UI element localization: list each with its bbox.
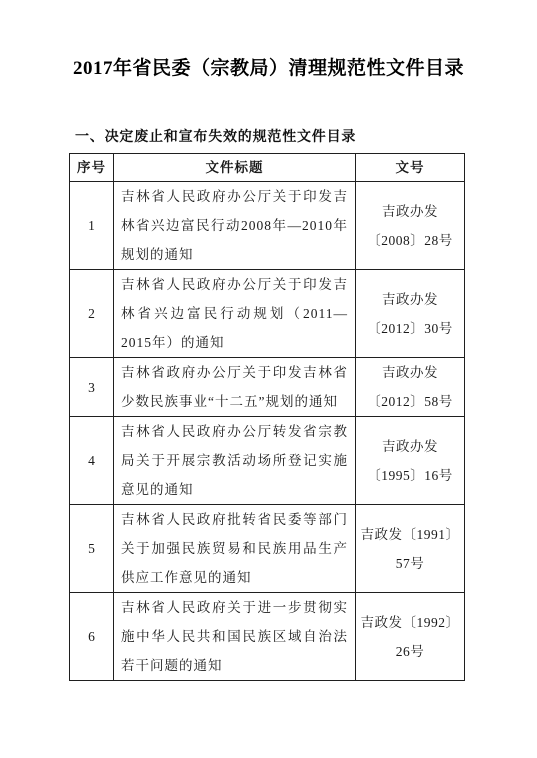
doc-number-line: 吉政办发 — [360, 358, 460, 387]
doc-number-line: 26号 — [360, 637, 460, 666]
doc-title-cell: 吉林省人民政府办公厅转发省宗教局关于开展宗教活动场所登记实施意见的通知 — [114, 417, 356, 505]
doc-title-cell: 吉林省人民政府办公厅关于印发吉林省兴边富民行动规划（2011—2015年）的通知 — [114, 270, 356, 358]
row-serial: 3 — [70, 358, 114, 417]
table-row: 2 吉林省人民政府办公厅关于印发吉林省兴边富民行动规划（2011—2015年）的… — [70, 270, 465, 358]
doc-number-cell: 吉政办发 〔1995〕16号 — [356, 417, 465, 505]
header-cell-docno: 文号 — [356, 154, 465, 182]
doc-number-cell: 吉政办发 〔2012〕30号 — [356, 270, 465, 358]
section-heading: 一、决定废止和宣布失效的规范性文件目录 — [75, 126, 356, 146]
table-row: 1 吉林省人民政府办公厅关于印发吉林省兴边富民行动2008年—2010年规划的通… — [70, 182, 465, 270]
doc-number-line: 57号 — [360, 549, 460, 578]
doc-number-line: 〔2012〕58号 — [360, 387, 460, 416]
doc-number-cell: 吉政办发 〔2012〕58号 — [356, 358, 465, 417]
doc-number-line: 〔2012〕30号 — [360, 314, 460, 343]
header-cell-serial: 序号 — [70, 154, 114, 182]
row-serial: 1 — [70, 182, 114, 270]
doc-title-cell: 吉林省政府办公厅关于印发吉林省少数民族事业“十二五”规划的通知 — [114, 358, 356, 417]
row-serial: 2 — [70, 270, 114, 358]
doc-number-line: 吉政发〔1992〕 — [360, 608, 460, 637]
doc-number-line: 吉政发〔1991〕 — [360, 520, 460, 549]
doc-title-cell: 吉林省人民政府关于进一步贯彻实施中华人民共和国民族区域自治法若干问题的通知 — [114, 593, 356, 681]
files-table: 序号 文件标题 文号 1 吉林省人民政府办公厅关于印发吉林省兴边富民行动2008… — [69, 153, 465, 681]
doc-number-line: 吉政办发 — [360, 285, 460, 314]
row-serial: 6 — [70, 593, 114, 681]
doc-number-line: 〔1995〕16号 — [360, 461, 460, 490]
table-row: 3 吉林省政府办公厅关于印发吉林省少数民族事业“十二五”规划的通知 吉政办发 〔… — [70, 358, 465, 417]
row-serial: 4 — [70, 417, 114, 505]
table-row: 6 吉林省人民政府关于进一步贯彻实施中华人民共和国民族区域自治法若干问题的通知 … — [70, 593, 465, 681]
doc-title-cell: 吉林省人民政府批转省民委等部门关于加强民族贸易和民族用品生产供应工作意见的通知 — [114, 505, 356, 593]
document-title: 2017年省民委（宗教局）清理规范性文件目录 — [0, 53, 537, 80]
table-header-row: 序号 文件标题 文号 — [70, 154, 465, 182]
doc-number-cell: 吉政办发 〔2008〕28号 — [356, 182, 465, 270]
doc-number-line: 〔2008〕28号 — [360, 226, 460, 255]
doc-title-cell: 吉林省人民政府办公厅关于印发吉林省兴边富民行动2008年—2010年规划的通知 — [114, 182, 356, 270]
row-serial: 5 — [70, 505, 114, 593]
table-row: 5 吉林省人民政府批转省民委等部门关于加强民族贸易和民族用品生产供应工作意见的通… — [70, 505, 465, 593]
doc-number-cell: 吉政发〔1992〕 26号 — [356, 593, 465, 681]
table-row: 4 吉林省人民政府办公厅转发省宗教局关于开展宗教活动场所登记实施意见的通知 吉政… — [70, 417, 465, 505]
doc-number-line: 吉政办发 — [360, 432, 460, 461]
doc-number-cell: 吉政发〔1991〕 57号 — [356, 505, 465, 593]
document-page: 2017年省民委（宗教局）清理规范性文件目录 一、决定废止和宣布失效的规范性文件… — [0, 0, 537, 758]
doc-number-line: 吉政办发 — [360, 197, 460, 226]
header-cell-title: 文件标题 — [114, 154, 356, 182]
